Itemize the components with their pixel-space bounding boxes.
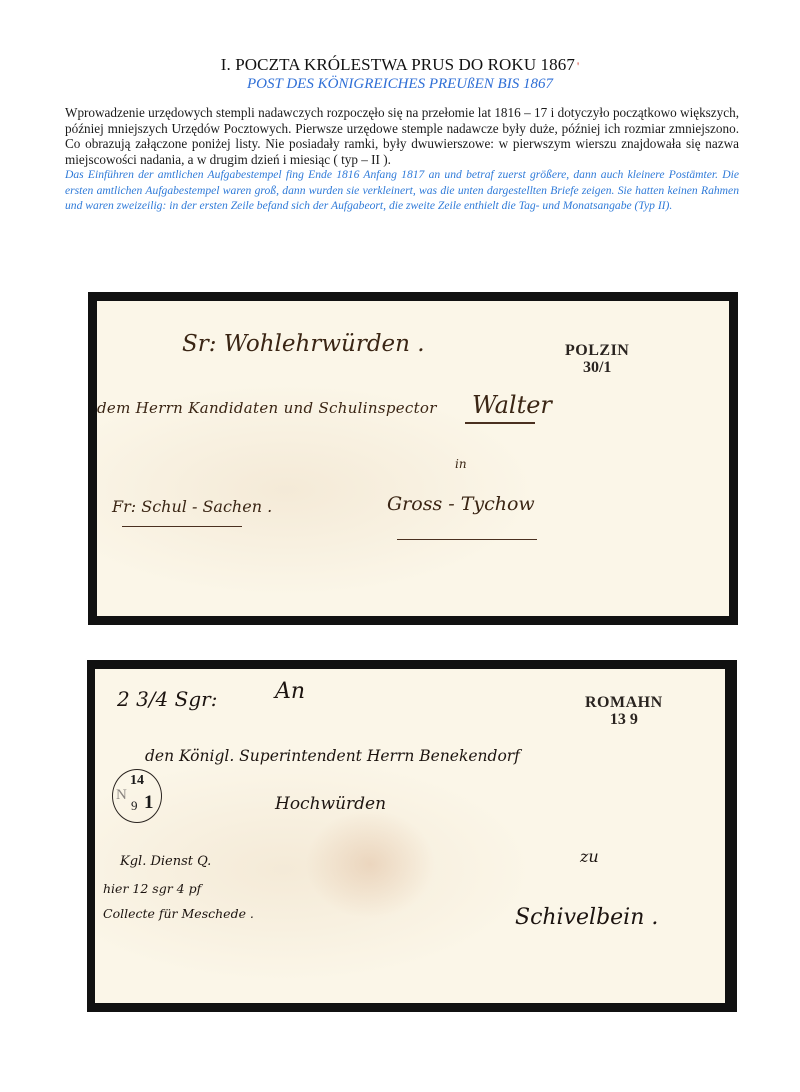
arrival-stamp-day: 14 [130,773,144,789]
handwriting-destination: Schivelbein . [515,905,658,930]
page-header: I. POCZTA KRÓLESTWA PRUS DO ROKU 1867' P… [0,55,800,93]
handwriting-recipient-title: dem Herrn Kandidaten und Schulinspector [97,399,437,417]
handwriting-zu: zu [580,847,599,866]
handwriting-an: An [275,679,305,704]
handwriting-fee: 2 3/4 Sgr: [117,687,217,711]
arrival-stamp-hour: 1 [144,792,154,814]
red-mark: ' [577,59,579,73]
arrival-circle-stamp: N 14 9 1 [112,769,162,823]
name-underline [465,422,535,424]
postmark-date: 30/1 [565,360,629,376]
postmark-polzin: POLZIN 30/1 [565,343,629,376]
destination-underline [397,539,537,540]
handwriting-note-2: hier 12 sgr 4 pf [103,881,201,896]
arrival-stamp-letter: N [116,787,127,804]
postmark-place: POLZIN [565,343,629,359]
letter-polzin: Sr: Wohlehrwürden . dem Herrn Kandidaten… [88,292,738,625]
postmark-date: 13 9 [585,712,663,728]
paper-stain [305,809,435,919]
handwriting-sender-note: Fr: Schul - Sachen . [112,497,272,516]
postmark-romahn: ROMAHN 13 9 [585,695,663,728]
intro-german: Das Einführen der amtlichen Aufgabestemp… [65,167,739,214]
handwriting-honorific: Hochwürden [275,794,386,814]
handwriting-recipient-name: Walter [472,391,552,419]
letter-romahn: 2 3/4 Sgr: An den Königl. Superintendent… [87,660,737,1012]
handwriting-in: in [455,457,467,471]
letter-paper: 2 3/4 Sgr: An den Königl. Superintendent… [95,669,725,1003]
handwriting-note-1: Kgl. Dienst Q. [120,854,211,869]
handwriting-note-3: Collecte für Meschede . [103,906,254,921]
handwriting-recipient-line: den Königl. Superintendent Herrn Beneken… [145,747,520,765]
letter-paper: Sr: Wohlehrwürden . dem Herrn Kandidaten… [97,301,729,616]
postmark-place: ROMAHN [585,695,663,711]
sender-underline [122,526,242,527]
title-polish: I. POCZTA KRÓLESTWA PRUS DO ROKU 1867' [0,55,800,75]
handwriting-destination: Gross - Tychow [387,493,535,515]
intro-polish: Wprowadzenie urzędowych stempli nadawczy… [65,105,739,167]
handwriting-salutation: Sr: Wohlehrwürden . [182,331,425,357]
intro-text: Wprowadzenie urzędowych stempli nadawczy… [65,105,739,214]
arrival-stamp-month: 9 [131,798,138,814]
title-german: POST DES KÖNIGREICHES PREUßEN BIS 1867 [0,76,800,93]
